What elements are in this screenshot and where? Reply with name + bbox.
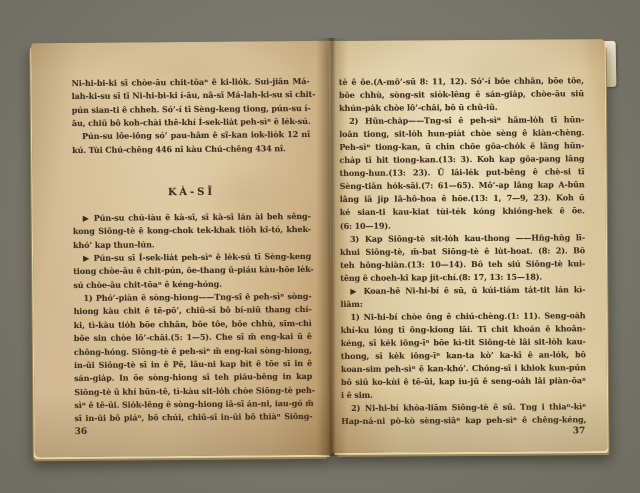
paragraph: ▶ Koan-hē Ni-hi-bí ê sū, ū kúi-tiám ta̍t… bbox=[340, 283, 585, 311]
text-line: ké sian-ti kau-kiat tùi-te̍k kóng khióng… bbox=[340, 205, 585, 220]
text-line: bōe sin chòe lô’-châi.(5: 1—5). Che sī m… bbox=[74, 330, 312, 345]
paragraph: ▶ Pún-su sī Í-sek-lia̍t peh-sìⁿ ê le̍k-s… bbox=[73, 250, 311, 292]
text-line: bô siū ko-kùi ê tē-ūi, kap iu-jū ê seng-… bbox=[341, 374, 586, 389]
right-page-text: tè ê ōe.(A-mô’-sū 8: 11, 12). Só’-í bōe … bbox=[339, 74, 586, 428]
left-page: Ni-hi-bi-ki sī chòe-āu chit-tōaⁿ ê ki-li… bbox=[31, 41, 333, 458]
text-line: kú. Tùi Chú-chêng 446 nî kàu Chú-chêng 4… bbox=[72, 142, 310, 157]
page-number-left: 36 bbox=[75, 427, 88, 437]
text-line: khui Siōng-tè, m̄-bat Siōng-tè ê lu̍t-ho… bbox=[340, 244, 585, 259]
paragraph: 3) Kap Siōng-tè sit-lo̍h kau-thong ——Hn̄… bbox=[340, 231, 585, 285]
left-page-text: Ni-hi-bi-ki sī chòe-āu chit-tōaⁿ ê ki-li… bbox=[71, 75, 312, 426]
text-line: bōe chhù, sòng-sit sio̍k-lêng ê sán-gia̍… bbox=[339, 87, 584, 102]
text-line: sī in-ūi bô piáⁿ, bô chúi, chiū-sī in-ūi… bbox=[74, 410, 312, 425]
text-line: ▶ Koan-hē Ni-hi-bí ê sū, ū kúi-tiám ta̍t… bbox=[340, 283, 585, 298]
paragraph: 1) Ni-hi-bí chòe ông ê chiú-chèng.(1: 11… bbox=[340, 309, 586, 402]
paragraph: Ni-hi-bi-ki sī chòe-āu chit-tōaⁿ ê ki-li… bbox=[71, 75, 309, 130]
right-page: tè ê ōe.(A-mô’-sū 8: 11, 12). Só’-í bōe … bbox=[329, 39, 608, 453]
paragraph: ▶ Pún-su chú-iàu ê kà-sī, sī kà-sī lán à… bbox=[73, 210, 311, 252]
desk-background: Ni-hi-bi-ki sī chòe-āu chit-tōaⁿ ê ki-li… bbox=[0, 0, 640, 493]
paragraph: 1) Phó’-piàn ê sòng-hiong——Tng-sî ê peh-… bbox=[73, 290, 312, 426]
paragraph: 2) Ni-hi-bí khòa-liām Siōng-tè ê sū. Tng… bbox=[341, 400, 586, 428]
text-line: kong Siōng-tè ê kong-chok tek-khak tio̍h… bbox=[73, 223, 311, 238]
text-line: teh hōng-hiàn.(13: 10—14). Bô teh siú Si… bbox=[340, 257, 585, 272]
book-spread: Ni-hi-bi-ki sī chòe-āu chit-tōaⁿ ê ki-li… bbox=[30, 38, 608, 460]
paragraph: tè ê ōe.(A-mô’-sū 8: 11, 12). Só’-í bōe … bbox=[339, 74, 584, 115]
paragraph: 2) Hūn-cha̍p——Tng-sî ê peh-sìⁿ hām-lo̍h … bbox=[339, 113, 585, 232]
text-line: 3) Kap Siōng-tè sit-lo̍h kau-thong ——Hn̄… bbox=[340, 231, 585, 246]
text-line: tiong chòe-āu ê chit-pún, ōe-thang ū-piá… bbox=[73, 263, 311, 278]
paragraph: Pún-su lōe-iông só’ pau-hâm ê sî-kan iok… bbox=[72, 128, 310, 157]
text-line: sán-gia̍p. In ōe sòng-hiong sī teh piáu-… bbox=[74, 370, 312, 385]
text-line: Hap-ná-ni pò-kò sèng-siâⁿ kap peh-sìⁿ ê … bbox=[341, 413, 586, 428]
section-heading: KÀ-SĪ bbox=[72, 185, 310, 200]
page-number-right: 37 bbox=[573, 426, 586, 436]
